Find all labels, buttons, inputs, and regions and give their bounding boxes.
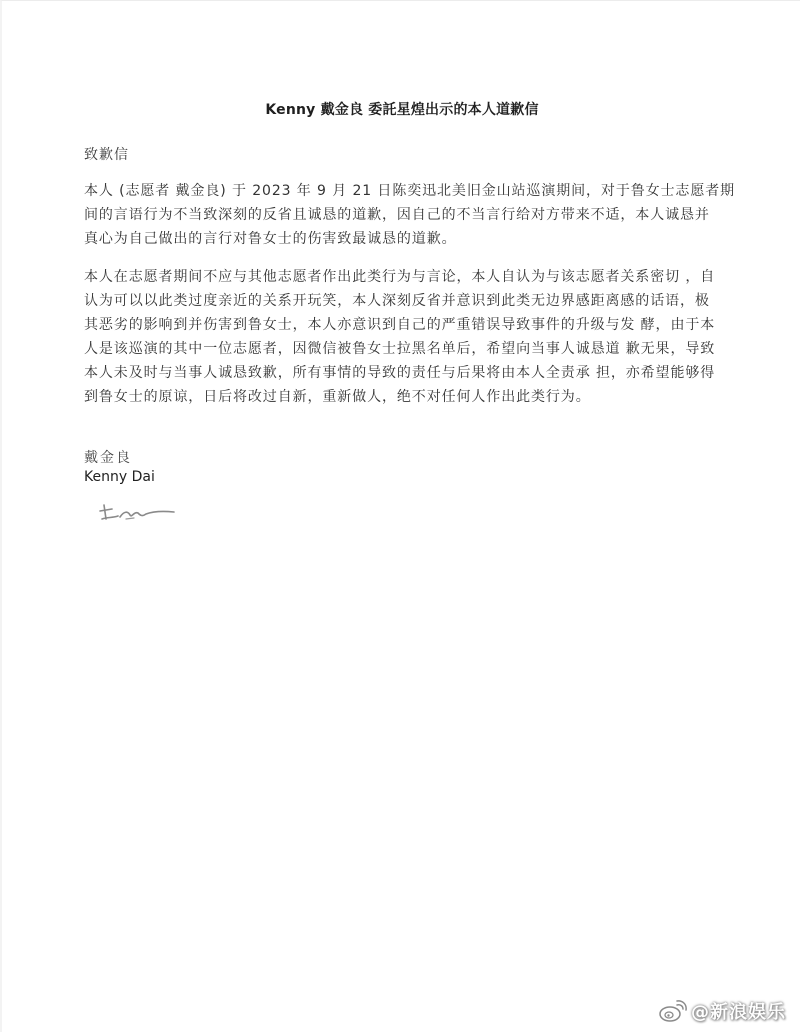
paragraph-line: 本人在志愿者期间不应与其他志愿者作出此类行为与言论，本人自认为与该志愿者关系密切…: [84, 265, 724, 289]
signature-name-english: Kenny Dai: [84, 469, 155, 485]
paragraph-line: 本人 (志愿者 戴金良) 于 2023 年 9 月 21 日陈奕迅北美旧金山站巡…: [84, 179, 724, 203]
paragraph-line: 其恶劣的影响到并伤害到鲁女士，本人亦意识到自己的严重错误导致事件的升级与发 酵，…: [84, 313, 724, 337]
weibo-logo-icon: [659, 999, 687, 1023]
salutation: 致歉信: [84, 144, 129, 164]
document-title: Kenny 戴金良 委託星煌出示的本人道歉信: [2, 99, 800, 119]
paragraph-line: 人是该巡演的其中一位志愿者，因微信被鲁女士拉黑名单后，希望向当事人诚恳道 歉无果…: [84, 337, 724, 361]
paragraph-2: 本人在志愿者期间不应与其他志愿者作出此类行为与言论，本人自认为与该志愿者关系密切…: [84, 265, 724, 409]
paragraph-line: 间的言语行为不当致深刻的反省且诚恳的道歉，因自己的不当言行给对方带来不适，本人诚…: [84, 203, 724, 227]
watermark-text: @新浪娱乐: [691, 998, 786, 1024]
weibo-watermark: @新浪娱乐: [659, 998, 786, 1024]
paragraph-1: 本人 (志愿者 戴金良) 于 2023 年 9 月 21 日陈奕迅北美旧金山站巡…: [84, 179, 724, 251]
paragraph-line: 本人未及时与当事人诚恳致歉，所有事情的导致的责任与后果将由本人全责承 担，亦希望…: [84, 361, 724, 385]
document-page: Kenny 戴金良 委託星煌出示的本人道歉信 致歉信 本人 (志愿者 戴金良) …: [0, 0, 800, 1032]
handwritten-signature-icon: [98, 499, 178, 525]
paragraph-line: 真心为自己做出的言行对鲁女士的伤害致最诚恳的道歉。: [84, 227, 724, 251]
signature-name-chinese: 戴金良: [84, 447, 132, 467]
paragraph-line: 到鲁女士的原谅，日后将改过自新，重新做人，绝不对任何人作出此类行为。: [84, 385, 724, 409]
paragraph-line: 认为可以以此类过度亲近的关系开玩笑，本人深刻反省并意识到此类无边界感距离感的话语…: [84, 289, 724, 313]
